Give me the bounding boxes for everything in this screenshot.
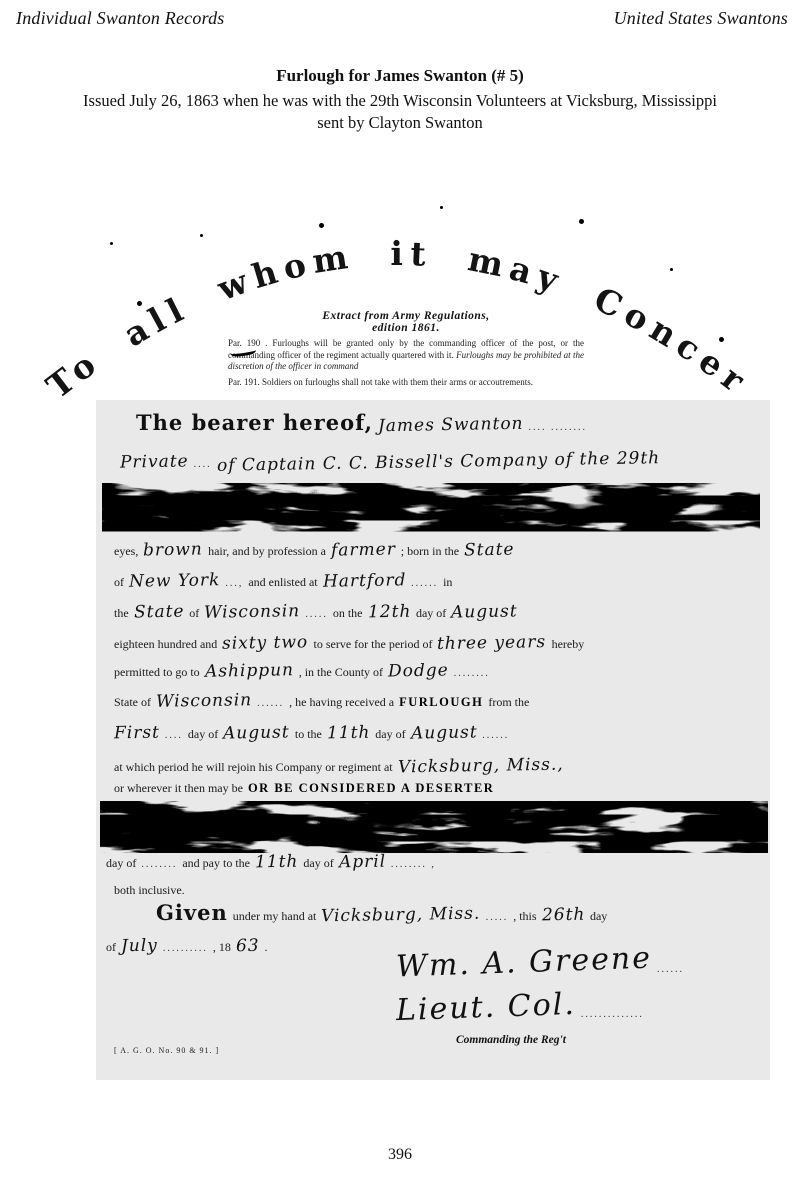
form-line-deserter: or wherever it then may beOR BE CONSIDER… — [114, 779, 760, 797]
form-text-segment: , he having received a — [289, 695, 394, 709]
form-text-segment: to serve for the period of — [314, 637, 433, 651]
regulations-title-line2: edition 1861. — [228, 322, 584, 334]
form-text-segment: .... — [165, 730, 183, 741]
form-text-segment: The bearer hereof, — [136, 410, 373, 435]
regulations-extract: Extract from Army Regulations, edition 1… — [228, 310, 584, 389]
form-text-segment: day of — [188, 727, 218, 741]
form-text-segment: under my hand at — [233, 909, 317, 923]
form-text-segment: State of — [114, 695, 151, 709]
form-text-segment: of — [114, 575, 124, 589]
form-text-segment: of Captain C. C. Bissell's Company of th… — [216, 448, 659, 476]
form-line-ago: [ A. G. O. No. 90 & 91. ] — [114, 1040, 760, 1058]
form-text-segment: , in the County of — [299, 665, 383, 679]
form-line-pay: day of........and pay to the11thday ofAp… — [106, 852, 760, 872]
form-text-segment: August — [451, 601, 518, 622]
page-title: Furlough for James Swanton (# 5) — [0, 66, 800, 86]
form-line-rejoin: at which period he will rejoin his Compa… — [114, 756, 760, 776]
form-text-segment: brown — [143, 539, 203, 560]
form-text-segment: Wm. A. Greene — [395, 941, 652, 985]
form-text-segment: FURLOUGH — [399, 695, 483, 709]
form-text-segment: Wisconsin — [156, 690, 252, 712]
form-text-segment: of — [189, 606, 199, 620]
form-text-segment: April — [339, 852, 387, 873]
form-text-segment: Lieut. Col. — [395, 987, 576, 1028]
form-text-segment: James Swanton — [378, 414, 524, 437]
form-text-segment: Vicksburg, Miss., — [397, 755, 563, 778]
form-text-segment: 11th — [327, 723, 371, 744]
form-line-both: both inclusive. — [114, 881, 760, 899]
form-text-segment: from the — [488, 695, 529, 709]
form-text-segment: August — [223, 722, 290, 743]
form-line-permitted: permitted to go toAshippun, in the Count… — [114, 661, 760, 681]
form-line-smudge1 — [102, 480, 760, 536]
form-text-segment: Vicksburg, Miss. — [321, 904, 481, 927]
form-text-segment: State — [134, 602, 185, 623]
form-text-segment: August — [410, 722, 477, 743]
regulations-par-191: Par. 191. Soldiers on furloughs shall no… — [228, 377, 584, 389]
form-text-segment: and pay to the — [182, 856, 250, 870]
form-text-segment: .... ........ — [529, 422, 588, 433]
form-text-segment: First — [114, 723, 160, 744]
form-text-segment: ..... — [305, 609, 328, 620]
form-text-segment: to the — [295, 727, 322, 741]
form-text-segment: , 18 — [213, 940, 231, 954]
form-text-segment: .......... — [163, 943, 208, 954]
form-text-segment: and enlisted at — [248, 575, 317, 589]
form-text-segment: day — [590, 909, 607, 923]
form-text-segment: three years — [437, 632, 546, 654]
book-page: Individual Swanton Records United States… — [0, 0, 800, 1183]
running-header-right: United States Swantons — [614, 8, 788, 29]
form-text-segment: the — [114, 606, 129, 620]
form-text-segment: ...... — [411, 578, 438, 589]
form-line-eighteen: eighteen hundred andsixty twoto serve fo… — [114, 633, 760, 653]
form-text-segment: both inclusive. — [114, 883, 185, 897]
form-text-segment: ...... — [257, 698, 284, 709]
form-text-segment: Wisconsin — [204, 601, 300, 623]
form-text-segment: in — [443, 575, 452, 589]
running-header-left: Individual Swanton Records — [16, 8, 225, 29]
form-line-smudge2 — [100, 798, 768, 858]
form-text-segment: permitted to go to — [114, 665, 200, 679]
form-line-captain: Private....of Captain C. C. Bissell's Co… — [120, 452, 760, 472]
form-line-sig2: Lieut. Col............... — [396, 990, 760, 1025]
regulations-title-line1: Extract from Army Regulations, — [228, 310, 584, 322]
form-text-segment: eyes, — [114, 544, 138, 558]
form-text-segment: farmer — [331, 539, 396, 560]
form-text-segment: day of — [416, 606, 446, 620]
form-text-segment: State — [464, 540, 515, 561]
page-subtitle-line2: sent by Clayton Swanton — [0, 113, 800, 133]
form-line-first: First....day ofAugustto the11thday ofAug… — [114, 723, 760, 743]
form-text-segment: Ashippun — [204, 660, 293, 682]
form-text-segment: Dodge — [388, 660, 449, 681]
form-text-segment: on the — [333, 606, 363, 620]
form-text-segment: ........ — [141, 859, 177, 870]
form-text-segment: at which period he will rejoin his Compa… — [114, 760, 393, 774]
form-text-segment: 26th — [541, 905, 585, 926]
form-text-segment: sixty two — [222, 632, 309, 654]
ink-smudge-graphic — [102, 480, 760, 536]
form-text-segment: Hartford — [322, 570, 406, 591]
form-text-segment: hereby — [552, 637, 585, 651]
form-line-ny: ofNew York...,and enlisted atHartford...… — [114, 571, 760, 591]
form-text-segment: July — [121, 936, 158, 957]
form-text-segment: [ A. G. O. No. 90 & 91. ] — [114, 1046, 219, 1055]
form-text-segment: ........ — [454, 668, 490, 679]
form-text-segment: eighteen hundred and — [114, 637, 217, 651]
form-text-segment: , this — [513, 909, 536, 923]
form-text-segment: 63 — [236, 936, 260, 956]
form-line-wis: theStateofWisconsin.....on the12thday of… — [114, 602, 760, 622]
form-text-segment: day of — [106, 856, 136, 870]
form-text-segment: OR BE CONSIDERED A DESERTER — [248, 781, 494, 795]
form-text-segment: . — [264, 940, 267, 954]
form-text-segment: 11th — [255, 852, 299, 873]
form-line-eyes: eyes,brownhair, and by profession afarme… — [114, 540, 760, 560]
form-line-furlough: State ofWisconsin......, he having recei… — [114, 691, 760, 711]
form-text-segment: 12th — [367, 602, 411, 623]
form-text-segment: .... — [194, 459, 212, 470]
form-line-given: Givenunder my hand atVicksburg, Miss....… — [156, 900, 760, 925]
page-number: 396 — [0, 1146, 800, 1164]
form-text-segment: ...... — [657, 964, 684, 975]
form-text-segment: ...... — [482, 730, 509, 741]
form-text-segment: Private — [120, 451, 189, 472]
form-text-segment: ; born in the — [401, 544, 459, 558]
form-text-segment: or wherever it then may be — [114, 781, 243, 795]
form-text-segment: ........ , — [391, 859, 436, 870]
furlough-form-scan: The bearer hereof,James Swanton.... ....… — [96, 400, 770, 1080]
form-text-segment: of — [106, 940, 116, 954]
form-text-segment: Given — [156, 900, 228, 925]
form-text-segment: New York — [129, 570, 221, 592]
form-text-segment: day of — [375, 727, 405, 741]
form-text-segment: .............. — [581, 1009, 644, 1020]
regulations-par-190: Par. 190 . Furloughs will be granted onl… — [228, 338, 584, 373]
form-text-segment: hair, and by profession a — [208, 544, 326, 558]
form-text-segment: day of — [303, 856, 333, 870]
page-subtitle-line1: Issued July 26, 1863 when he was with th… — [0, 91, 800, 111]
form-line-bearer: The bearer hereof,James Swanton.... ....… — [136, 410, 760, 435]
ink-smudge-graphic — [100, 798, 768, 858]
form-text-segment: ..., — [225, 578, 243, 589]
form-text-segment: ..... — [486, 912, 509, 923]
form-line-sig1: Wm. A. Greene...... — [396, 945, 760, 980]
